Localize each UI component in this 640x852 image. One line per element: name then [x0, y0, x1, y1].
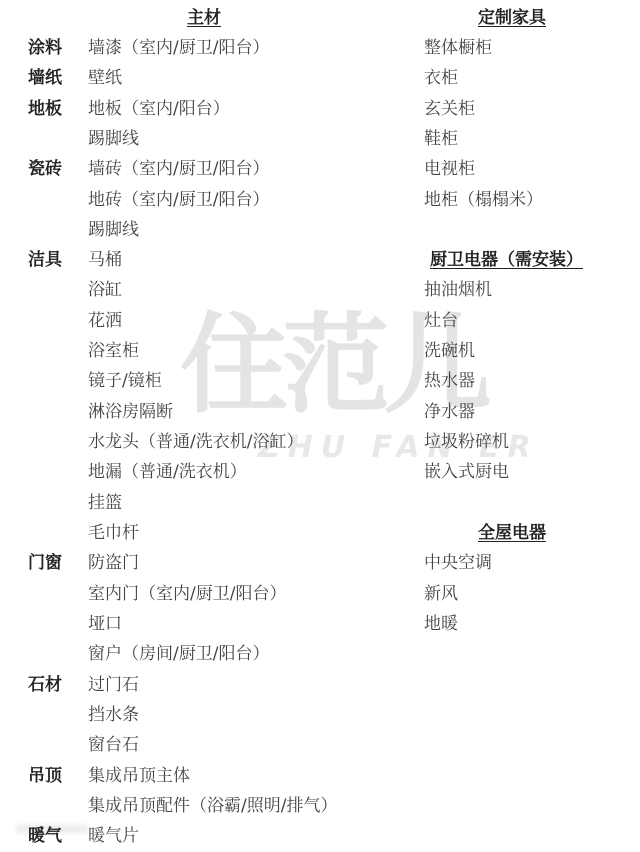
list-item: 墙砖（室内/厨卫/阳台）	[88, 159, 269, 179]
list-item: 集成吊顶主体	[88, 766, 190, 786]
list-item: 挂篮	[88, 493, 122, 513]
list-item: 整体橱柜	[424, 38, 492, 58]
list-item: 热水器	[424, 371, 475, 391]
category-label: 暖气	[28, 826, 62, 846]
category-label: 涂料	[28, 38, 62, 58]
list-item: 镜子/镜柜	[88, 371, 162, 391]
list-item: 浴缸	[88, 280, 122, 300]
list-item: 新风	[424, 584, 458, 604]
list-item: 洗碗机	[424, 341, 475, 361]
category-label: 墙纸	[28, 68, 62, 88]
list-item: 浴室柜	[88, 341, 139, 361]
list-item: 墙漆（室内/厨卫/阳台）	[88, 38, 269, 58]
list-item: 电视柜	[424, 159, 475, 179]
list-item: 淋浴房隔断	[88, 402, 173, 422]
list-item: 垃圾粉碎机	[424, 432, 509, 452]
category-label: 地板	[28, 99, 62, 119]
section-title-kitchen-bath-appliances: 厨卫电器（需安装）	[430, 250, 583, 270]
list-item: 过门石	[88, 675, 139, 695]
category-label: 瓷砖	[28, 159, 62, 179]
list-item: 地柜（榻榻米）	[424, 190, 543, 210]
list-item: 灶台	[424, 311, 458, 331]
list-item: 室内门（室内/厨卫/阳台）	[88, 584, 286, 604]
list-item: 玄关柜	[424, 99, 475, 119]
category-label: 洁具	[28, 250, 62, 270]
list-item: 花洒	[88, 311, 122, 331]
list-item: 地砖（室内/厨卫/阳台）	[88, 190, 269, 210]
category-label: 门窗	[28, 553, 62, 573]
list-item: 窗台石	[88, 735, 139, 755]
list-item: 防盗门	[88, 553, 139, 573]
category-label: 吊顶	[28, 766, 62, 786]
list-item: 垭口	[88, 614, 122, 634]
list-item: 马桶	[88, 250, 122, 270]
list-item: 暖气片	[88, 826, 139, 846]
list-item: 壁纸	[88, 68, 122, 88]
list-item: 踢脚线	[88, 129, 139, 149]
list-item: 中央空调	[424, 553, 492, 573]
list-item: 水龙头（普通/洗衣机/浴缸）	[88, 432, 303, 452]
list-item: 集成吊顶配件（浴霸/照明/排气）	[88, 796, 337, 816]
section-title-whole-house-appliances: 全屋电器	[478, 523, 546, 543]
section-title-custom-furniture: 定制家具	[478, 8, 546, 28]
list-item: 踢脚线	[88, 220, 139, 240]
list-item: 净水器	[424, 402, 475, 422]
list-item: 地暖	[424, 614, 458, 634]
list-item: 嵌入式厨电	[424, 462, 509, 482]
list-item: 挡水条	[88, 705, 139, 725]
list-item: 抽油烟机	[424, 280, 492, 300]
section-title-main-materials: 主材	[187, 8, 221, 28]
list-item: 衣柜	[424, 68, 458, 88]
list-item: 鞋柜	[424, 129, 458, 149]
list-item: 窗户（房间/厨卫/阳台）	[88, 644, 269, 664]
category-label: 石材	[28, 675, 62, 695]
list-item: 地板（室内/阳台）	[88, 99, 230, 119]
list-item: 毛巾杆	[88, 523, 139, 543]
list-item: 地漏（普通/洗衣机）	[88, 462, 247, 482]
